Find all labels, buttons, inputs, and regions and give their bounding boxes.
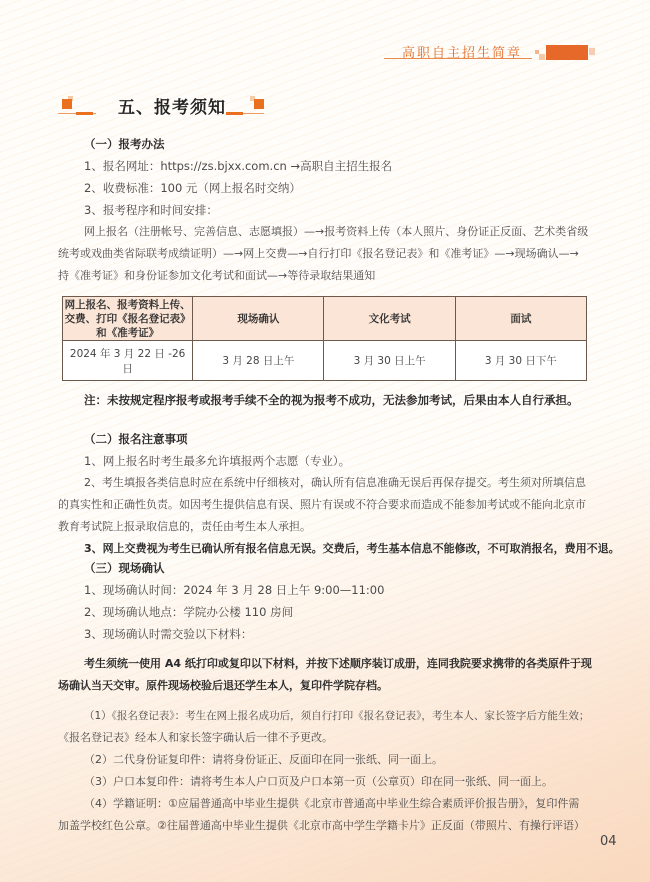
part1-item-fee: 2、收费标准：100 元（网上报名时交纳）	[60, 177, 590, 199]
table-cell: 2024 年 3 月 22 日 -26 日	[63, 341, 193, 381]
material-item-4: （4）学籍证明：①应届普通高中毕业生提供《北京市普通高中毕业生综合素质评价报告册…	[60, 793, 590, 815]
part2-item-2-line: 的真实性和正确性负责。如因考生提供信息有误、照片有误或不符合要求而造成不能参加考…	[58, 494, 590, 516]
material-item-1: （1）《报名登记表》：考生在网上报名成功后，须自行打印《报名登记表》，考生本人、…	[60, 705, 590, 727]
part3-item-location: 2、现场确认地点：学院办公楼 110 房间	[60, 601, 590, 623]
page-number: 04	[600, 834, 617, 849]
part3-item-time: 1、现场确认时间：2024 年 3 月 28 日上午 9:00—11:00	[60, 579, 590, 601]
material-item-1: 《报名登记表》经本人和家长签字确认后一律不予更改。	[58, 727, 590, 749]
part3-block: （三）现场确认 1、现场确认时间：2024 年 3 月 28 日上午 9:00—…	[60, 557, 590, 837]
materials-instruction: 场确认当天交审。原件现场校验后退还学生本人，复印件学院存档。	[58, 675, 590, 697]
title-decor-right-icon	[224, 92, 268, 118]
material-item-2: （2）二代身份证复印件：请将身份证正、反面印在同一张纸、同一面上。	[60, 749, 590, 771]
header-decor-bar	[546, 45, 588, 60]
table-header-cell: 文化考试	[324, 297, 455, 341]
table-cell: 3 月 30 日上午	[324, 341, 455, 381]
part2-item-1: 1、网上报名时考生最多允许填报两个志愿（专业）。	[60, 450, 590, 472]
part1-heading: （一）报考办法	[60, 133, 590, 155]
section-title: 五、报考须知	[58, 92, 268, 118]
part2-item-2-line: 2、考生填报各类信息时应在系统中仔细核对，确认所有信息准确无误后再保存提交。考生…	[60, 472, 590, 494]
title-decor-left-icon	[58, 92, 102, 118]
running-title: 高职自主招生简章	[402, 42, 522, 61]
table-row: 2024 年 3 月 22 日 -26 日 3 月 28 日上午 3 月 30 …	[63, 341, 587, 381]
note-block: 注：未按规定程序报考或报考手续不全的视为报考不成功，无法参加考试，后果由本人自行…	[60, 389, 590, 411]
part2-heading: （二）报名注意事项	[60, 428, 590, 450]
running-header: 高职自主招生简章	[384, 36, 650, 62]
table-cell: 3 月 30 日下午	[455, 341, 586, 381]
process-line: 持《准考证》和身份证参加文化考试和面试—→等待录取结果通知	[58, 265, 590, 287]
table-header-row: 网上报名、报考资料上传、 交费、打印《报名登记表》 和《准考证》 现场确认 文化…	[63, 297, 587, 341]
materials-instruction: 考生须统一使用 A4 纸打印或复印以下材料，并按下述顺序装订成册，连同我院要求携…	[60, 653, 590, 675]
part1-item-url: 1、报名网址：https://zs.bjxx.com.cn →高职自主招生报名	[60, 155, 590, 177]
process-line: 统考或戏曲类省际联考成绩证明）—→网上交费—→自行打印《报名登记表》和《准考证》…	[58, 243, 590, 265]
material-item-3: （3）户口本复印件：请将考生本人户口页及户口本第一页（公章页）印在同一张纸、同一…	[60, 771, 590, 793]
schedule-table: 网上报名、报考资料上传、 交费、打印《报名登记表》 和《准考证》 现场确认 文化…	[62, 296, 587, 381]
process-line: 网上报名（注册帐号、完善信息、志愿填报）—→报考资料上传（本人照片、身份证正反面…	[60, 221, 590, 243]
table-header-cell: 网上报名、报考资料上传、 交费、打印《报名登记表》 和《准考证》	[63, 297, 193, 341]
section-heading: 五、报考须知	[118, 93, 226, 118]
material-item-4: 加盖学校红色公章。②往届普通高中毕业生提供《北京市高中学生学籍卡片》正反面（带照…	[58, 815, 590, 837]
header-decor-square	[539, 54, 545, 60]
part3-heading: （三）现场确认	[60, 557, 590, 579]
table-header-cell: 面试	[455, 297, 586, 341]
table-cell: 3 月 28 日上午	[193, 341, 324, 381]
part3-item-materials: 3、现场确认时需交验以下材料：	[60, 623, 590, 645]
part2-block: （二）报名注意事项 1、网上报名时考生最多允许填报两个志愿（专业）。 2、考生填…	[60, 428, 590, 560]
part1-block: （一）报考办法 1、报名网址：https://zs.bjxx.com.cn →高…	[60, 133, 590, 287]
header-decor-square	[589, 48, 595, 55]
part1-item-schedule: 3、报考程序和时间安排：	[60, 199, 590, 221]
table-header-cell: 现场确认	[193, 297, 324, 341]
registration-note: 注：未按规定程序报考或报考手续不全的视为报考不成功，无法参加考试，后果由本人自行…	[60, 389, 590, 411]
part2-item-2-line: 教育考试院上报录取信息的，责任由考生本人承担。	[58, 516, 590, 538]
